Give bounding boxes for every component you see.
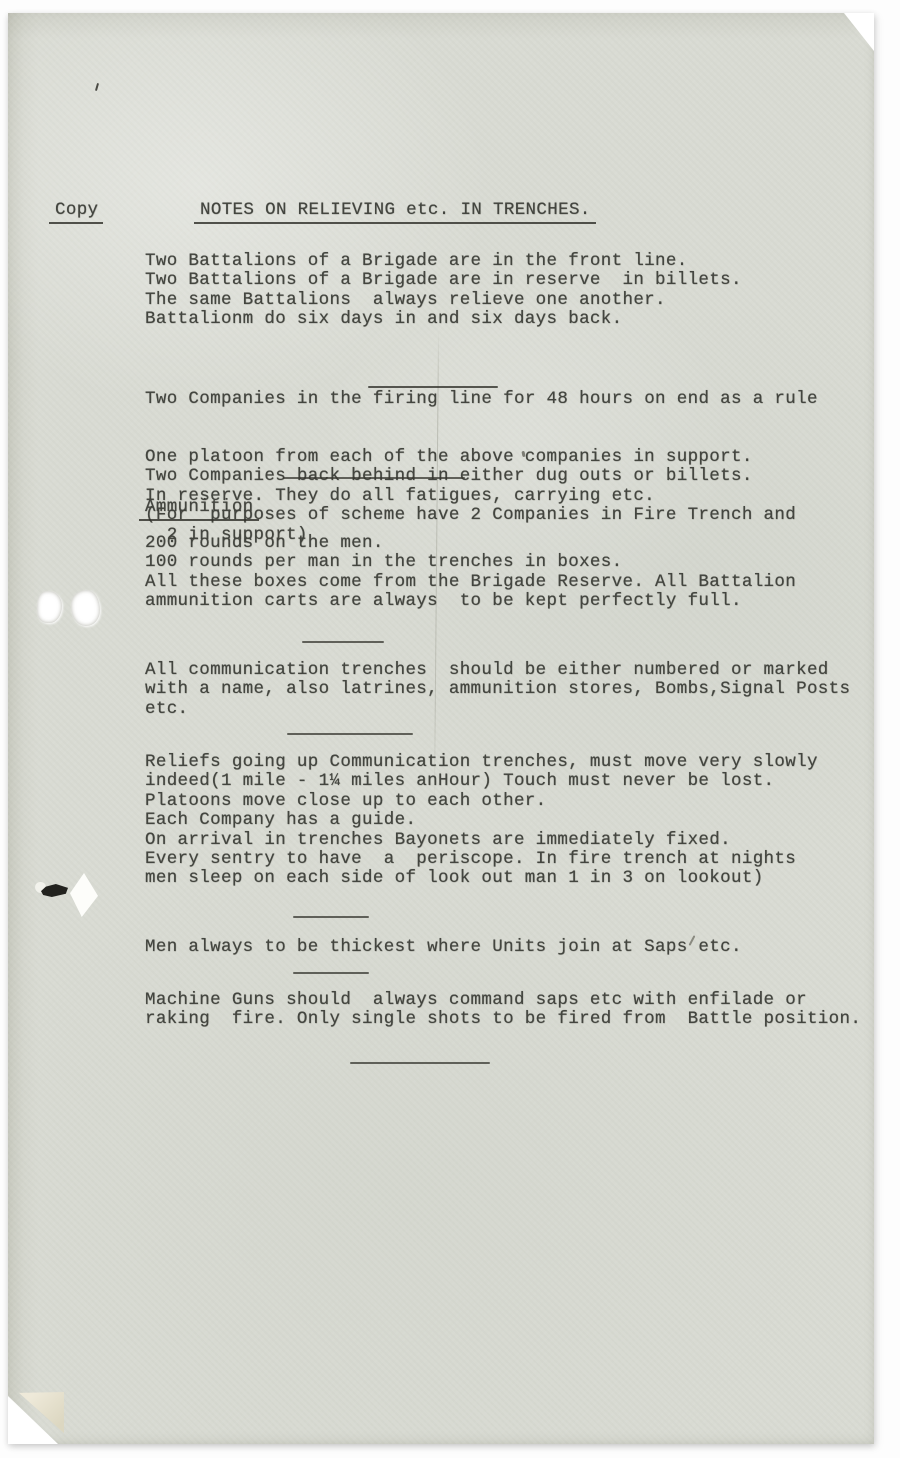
document-title: NOTES ON RELIEVING etc. IN TRENCHES. — [200, 201, 596, 224]
section-divider — [302, 641, 384, 643]
section-divider — [293, 972, 369, 974]
ammunition-heading: Ammunition — [145, 498, 259, 521]
paragraph-communication: All communication trenches should be eit… — [145, 661, 850, 719]
firing-line-prefix: Two Companies in the — [145, 389, 373, 409]
stray-mark — [95, 83, 99, 91]
paragraph-machine-guns: Machine Guns should always command saps … — [145, 991, 861, 1030]
punch-hole — [71, 590, 100, 626]
firing-line-overlined: firing line — [373, 389, 492, 409]
copy-label: Copy — [55, 201, 103, 224]
document-title-text: NOTES ON RELIEVING etc. IN TRENCHES. — [194, 201, 596, 224]
line-units-join: Men always to be thickest where Units jo… — [145, 938, 742, 957]
scan-background: Copy NOTES ON RELIEVING etc. IN TRENCHES… — [0, 0, 900, 1458]
paragraph-reliefs: Reliefs going up Communication trenches,… — [145, 753, 818, 889]
document-page: Copy NOTES ON RELIEVING etc. IN TRENCHES… — [8, 13, 874, 1444]
ammunition-heading-text: Ammunition — [139, 498, 259, 521]
torn-corner-top-right — [844, 13, 874, 51]
paragraph-ammunition: 200 rounds on the men. 100 rounds per ma… — [145, 534, 796, 612]
section-divider — [283, 477, 465, 479]
section-divider — [287, 733, 413, 735]
firing-line-suffix: for 48 hours on end as a rule — [492, 389, 818, 409]
companies-firing-line: Two Companies in the firing line for 48 … — [145, 390, 818, 409]
punch-hole — [70, 873, 98, 917]
section-divider — [350, 1062, 490, 1064]
paragraph-battalions: Two Battalions of a Brigade are in the f… — [145, 252, 742, 330]
copy-label-text: Copy — [49, 201, 103, 224]
punch-hole — [37, 591, 62, 623]
section-divider — [293, 916, 369, 918]
